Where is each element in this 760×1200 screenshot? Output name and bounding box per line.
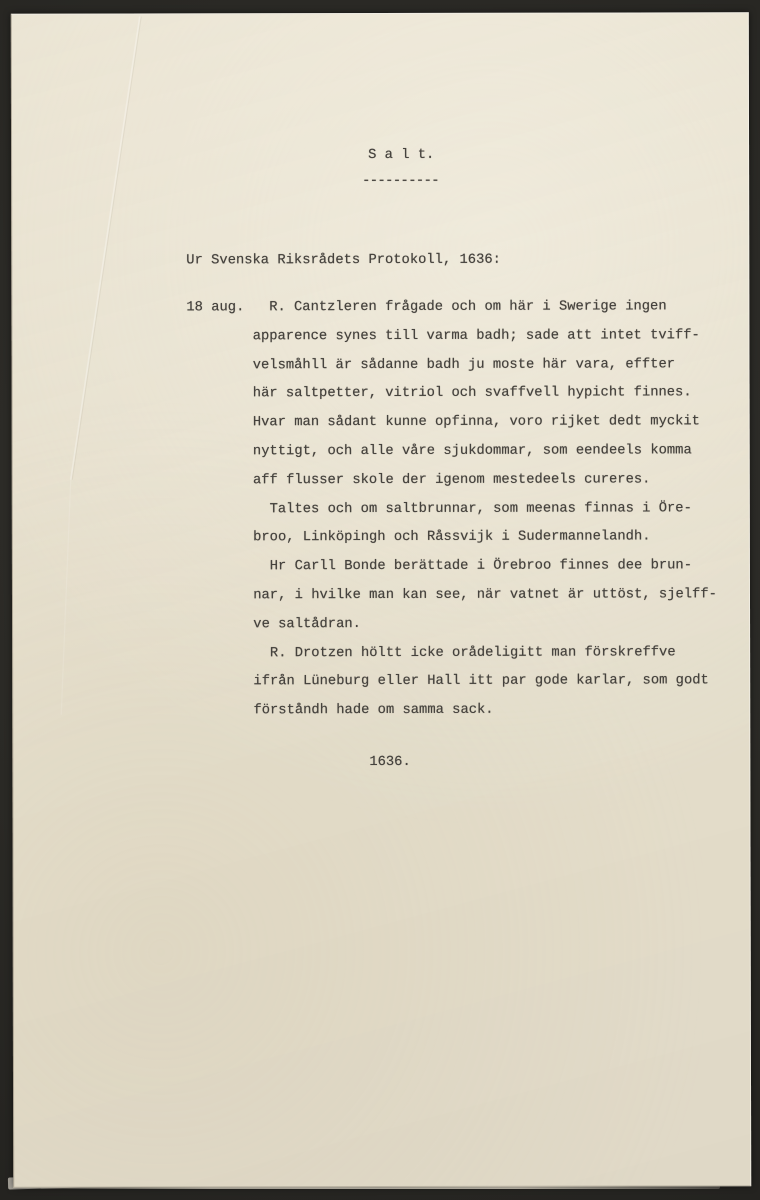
- body-line: ifrån Lüneburg eller Hall itt par gode k…: [187, 668, 717, 698]
- body-line: ve saltådran.: [187, 610, 717, 640]
- body-line: nar, i hvilke man kan see, när vatnet är…: [187, 581, 717, 611]
- paper-sheet: S a l t. ---------- Ur Svenska Riksrådet…: [11, 12, 751, 1188]
- body-line: 18 aug. R. Cantzleren frågade och om här…: [186, 293, 716, 323]
- body-line: nyttigt, och alle våre sjukdommar, som e…: [187, 437, 717, 467]
- document-title: S a l t.: [368, 146, 434, 166]
- body-line: förståndh hade om samma sack.: [187, 696, 717, 726]
- body-line: aff flusser skole der igenom mestedeels …: [187, 466, 717, 496]
- body-line: här saltpetter, vitriol och svaffvell hy…: [187, 380, 717, 410]
- year-footer: 1636.: [369, 753, 410, 773]
- body-line: broo, Linköpingh och Råssvijk i Suderman…: [187, 524, 717, 554]
- body-line: R. Drotzen höltt icke orådeligitt man fö…: [187, 639, 717, 669]
- body-line: velsmåhll är sådanne badh ju moste här v…: [186, 351, 716, 381]
- body-line: Taltes och om saltbrunnar, som meenas fi…: [187, 495, 717, 525]
- body-line: Hvar man sådant kunne opfinna, voro rijk…: [187, 408, 717, 438]
- document-body: 18 aug. R. Cantzleren frågade och om här…: [186, 293, 717, 726]
- title-underline: ----------: [362, 177, 439, 187]
- source-line: Ur Svenska Riksrådets Protokoll, 1636:: [186, 251, 501, 272]
- body-line: apparence synes till varma badh; sade at…: [186, 322, 716, 352]
- body-line: Hr Carll Bonde berättade i Örebroo finne…: [187, 552, 717, 582]
